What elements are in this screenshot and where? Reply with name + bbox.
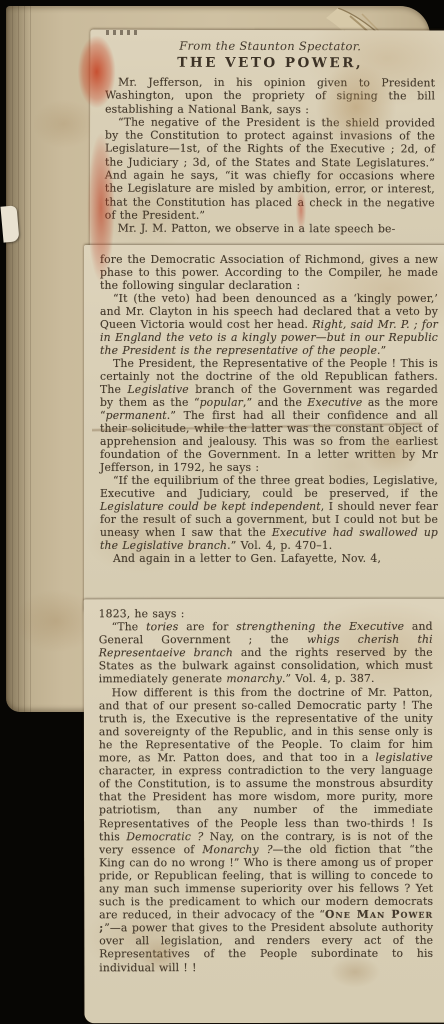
article-paragraph: “It (the veto) had been denounced as a ‘…	[100, 292, 438, 357]
article-paragraph: Mr. Jefferson, in his opinion given to P…	[105, 76, 435, 117]
article-paragraph: “The negative of the President is the sh…	[105, 115, 435, 222]
article-paragraph: Mr. J. M. Patton, we observe in a late s…	[105, 222, 435, 236]
article-title: THE VETO POWER,	[105, 55, 435, 72]
masthead: From the Staunton Spectator.	[105, 39, 435, 54]
article-paragraph: The President, the Representative of the…	[100, 357, 438, 474]
book-spine-shadow	[6, 6, 36, 712]
article-paragraph: And again in a letter to Gen. Lafayette,…	[100, 552, 438, 565]
article-paragraph: “The tories are for strengthening the Ex…	[99, 620, 433, 686]
clipping-strip-2: fore the Democratic Association of Richm…	[84, 245, 444, 612]
scrapbook-photo: From the Staunton Spectator. THE VETO PO…	[0, 0, 444, 1024]
strip-2-text: fore the Democratic Association of Richm…	[100, 253, 438, 565]
strip-1-text: Mr. Jefferson, in his opinion given to P…	[105, 76, 435, 236]
article-paragraph: How different is this from the doctrine …	[99, 685, 434, 974]
article-paragraph: fore the Democratic Association of Richm…	[100, 253, 438, 292]
clipping-strip-1: From the Staunton Spectator. THE VETO PO…	[90, 30, 444, 262]
article-paragraph: “If the equilibrium of the three great b…	[100, 474, 438, 552]
clipping-strip-3: 1823, he says :“The tories are for stren…	[84, 599, 444, 1024]
paper-sliver	[0, 205, 19, 242]
strip-3-text: 1823, he says :“The tories are for stren…	[99, 607, 434, 974]
article-paragraph: 1823, he says :	[99, 607, 433, 621]
